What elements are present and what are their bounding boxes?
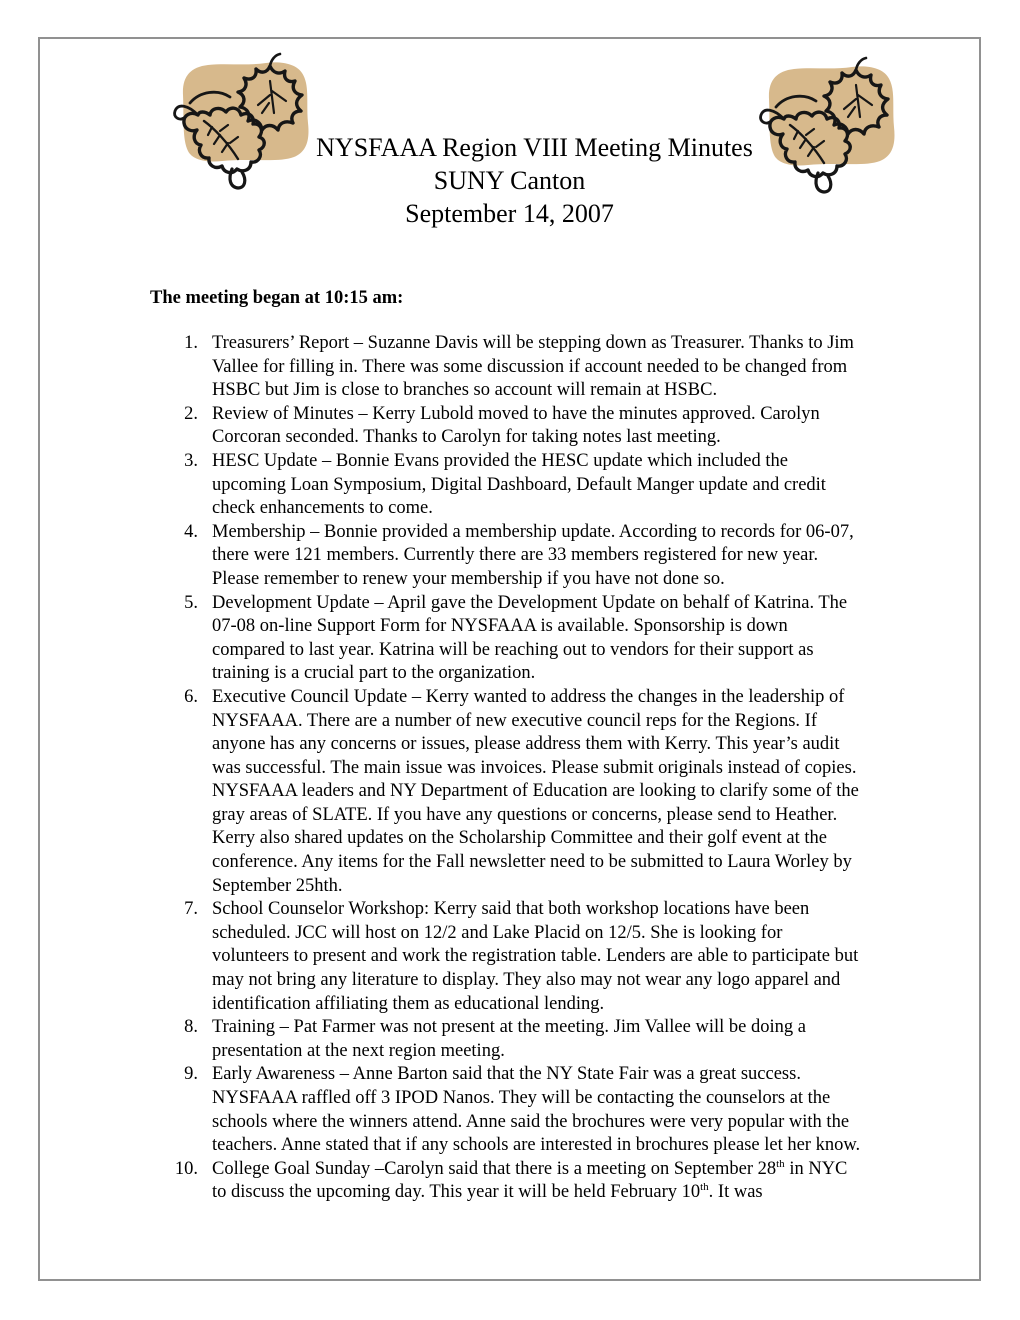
item-text: Development Update – April gave the Deve… xyxy=(212,592,862,686)
item-number: 8. xyxy=(170,1016,198,1063)
item-text: Early Awareness – Anne Barton said that … xyxy=(212,1063,862,1157)
item-number: 5. xyxy=(170,592,198,686)
item-number: 1. xyxy=(170,332,198,403)
list-item: 3. HESC Update – Bonnie Evans provided t… xyxy=(170,450,880,521)
list-item: 2. Review of Minutes – Kerry Lubold move… xyxy=(170,403,880,450)
list-item: 1. Treasurers’ Report – Suzanne Davis wi… xyxy=(170,332,880,403)
item-text: Membership – Bonnie provided a membershi… xyxy=(212,521,862,592)
minutes-list: 1. Treasurers’ Report – Suzanne Davis wi… xyxy=(170,332,880,1205)
page: NYSFAAA Region VIII Meeting Minutes SUNY… xyxy=(38,37,981,1281)
item-text: School Counselor Workshop: Kerry said th… xyxy=(212,898,862,1016)
list-item: 10. College Goal Sunday –Carolyn said th… xyxy=(170,1158,880,1205)
ordinal-superscript: th xyxy=(776,1158,785,1170)
item-text: Review of Minutes – Kerry Lubold moved t… xyxy=(212,403,862,450)
item-text-segment: . It was xyxy=(709,1182,763,1202)
ordinal-superscript: th xyxy=(700,1181,709,1193)
item-text: Executive Council Update – Kerry wanted … xyxy=(212,686,862,898)
document-header: NYSFAAA Region VIII Meeting Minutes SUNY… xyxy=(40,131,979,230)
item-number: 9. xyxy=(170,1063,198,1157)
meeting-date: September 14, 2007 xyxy=(40,197,979,230)
item-text-segment: College Goal Sunday –Carolyn said that t… xyxy=(212,1159,776,1179)
meeting-location: SUNY Canton xyxy=(40,164,979,197)
document-canvas: NYSFAAA Region VIII Meeting Minutes SUNY… xyxy=(0,0,1020,1320)
item-text: HESC Update – Bonnie Evans provided the … xyxy=(212,450,862,521)
page-title: NYSFAAA Region VIII Meeting Minutes xyxy=(65,131,1004,164)
list-item: 7. School Counselor Workshop: Kerry said… xyxy=(170,898,880,1016)
item-number: 3. xyxy=(170,450,198,521)
item-number: 4. xyxy=(170,521,198,592)
meeting-start-line: The meeting began at 10:15 am: xyxy=(150,287,403,311)
item-number: 2. xyxy=(170,403,198,450)
list-item: 9. Early Awareness – Anne Barton said th… xyxy=(170,1063,880,1157)
item-text: Treasurers’ Report – Suzanne Davis will … xyxy=(212,332,862,403)
item-number: 7. xyxy=(170,898,198,1016)
item-number: 6. xyxy=(170,686,198,898)
list-item: 6. Executive Council Update – Kerry want… xyxy=(170,686,880,898)
item-number: 10. xyxy=(170,1158,198,1205)
item-text: Training – Pat Farmer was not present at… xyxy=(212,1016,862,1063)
list-item: 5. Development Update – April gave the D… xyxy=(170,592,880,686)
list-item: 4. Membership – Bonnie provided a member… xyxy=(170,521,880,592)
list-item: 8. Training – Pat Farmer was not present… xyxy=(170,1016,880,1063)
item-text: College Goal Sunday –Carolyn said that t… xyxy=(212,1158,862,1205)
